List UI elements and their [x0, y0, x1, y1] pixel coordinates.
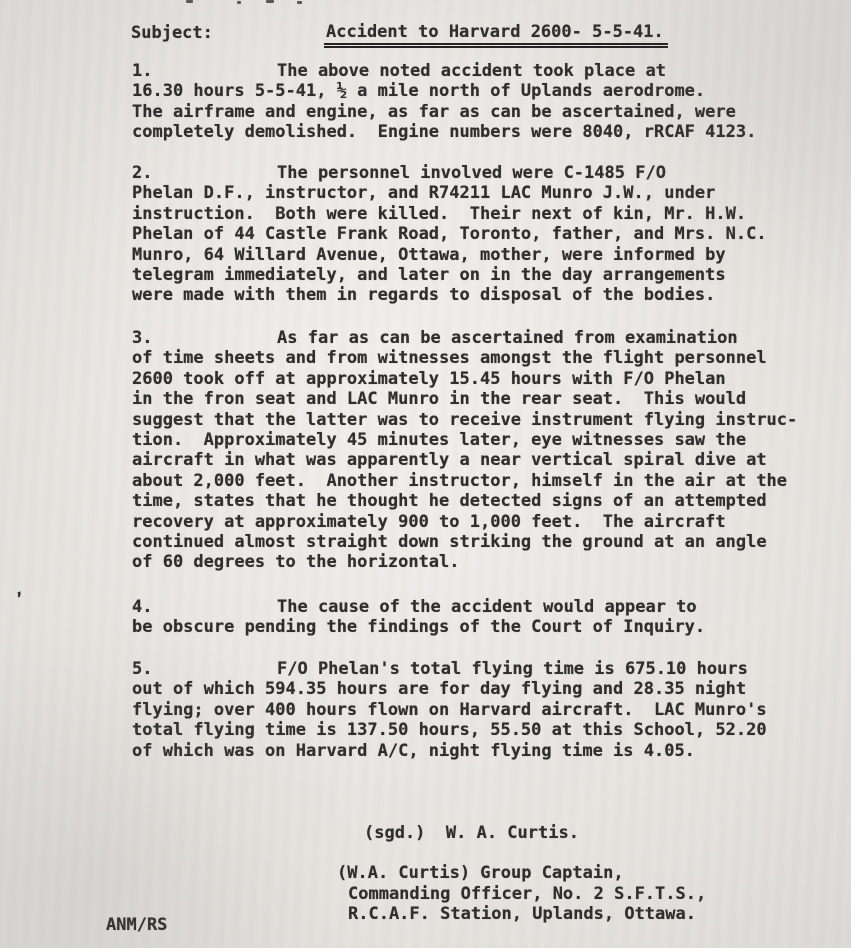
paragraph-1: 1.The above noted accident took place at…: [132, 61, 822, 143]
scan-artifact: [186, 0, 193, 3]
text-line: instruction. Both were killed. Their nex…: [132, 204, 822, 224]
document-page: Subject: Accident to Harvard 2600- 5-5-4…: [0, 0, 851, 948]
text-line: be obscure pending the findings of the C…: [132, 617, 822, 637]
paragraph-number: 2.: [132, 163, 152, 183]
text-line: were made with them in regards to dispos…: [132, 285, 822, 305]
text-line: flying; over 400 hours flown on Harvard …: [132, 700, 822, 720]
subject-label: Subject:: [131, 23, 213, 43]
paragraph-4: 4.The cause of the accident would appear…: [132, 597, 822, 638]
paragraph-5: 5.F/O Phelan's total flying time is 675.…: [132, 659, 822, 761]
text-line: The personnel involved were C-1485 F/O: [132, 163, 822, 183]
text-line: in the fron seat and LAC Munro in the re…: [132, 389, 822, 409]
paragraph-number: 3.: [132, 328, 152, 348]
text-line: continued almost straight down striking …: [132, 532, 822, 552]
signature-block-line: (W.A. Curtis) Group Captain,: [337, 863, 706, 884]
document-title: Accident to Harvard 2600- 5-5-41.: [324, 22, 668, 48]
text-line: F/O Phelan's total flying time is 675.10…: [132, 659, 822, 679]
signature-block-line: R.C.A.F. Station, Uplands, Ottawa.: [337, 904, 706, 925]
scan-artifact: [297, 1, 302, 4]
paragraph-number: 1.: [132, 61, 152, 81]
paragraph-number: 5.: [132, 659, 152, 679]
text-line: of time sheets and from witnesses amongs…: [132, 348, 822, 368]
paragraph-3: 3.As far as can be ascertained from exam…: [132, 328, 822, 573]
text-line: suggest that the latter was to receive i…: [132, 410, 822, 430]
scan-artifact: [266, 0, 274, 3]
signature-block: (W.A. Curtis) Group Captain,Commanding O…: [337, 863, 706, 925]
text-line: tion. Approximately 45 minutes later, ey…: [132, 430, 822, 450]
text-line: of 60 degrees to the horizontal.: [132, 552, 822, 572]
text-line: out of which 594.35 hours are for day fl…: [132, 679, 822, 699]
text-line: The above noted accident took place at: [132, 61, 822, 81]
text-line: As far as can be ascertained from examin…: [132, 328, 822, 348]
text-line: total flying time is 137.50 hours, 55.50…: [132, 720, 822, 740]
signature-sgd-line: (sgd.) W. A. Curtis.: [364, 823, 579, 843]
text-line: of which was on Harvard A/C, night flyin…: [132, 741, 822, 761]
text-line: recovery at approximately 900 to 1,000 f…: [132, 512, 822, 532]
text-line: about 2,000 feet. Another instructor, hi…: [132, 471, 822, 491]
text-line: aircraft in what was apparently a near v…: [132, 450, 822, 470]
text-line: time, states that he thought he detected…: [132, 491, 822, 511]
text-line: Munro, 64 Willard Avenue, Ottawa, mother…: [132, 245, 822, 265]
scan-artifact-margin-mark: ’: [13, 588, 26, 609]
paragraph-2: 2.The personnel involved were C-1485 F/O…: [132, 163, 822, 306]
text-line: The airframe and engine, as far as can b…: [132, 102, 822, 122]
text-line: Phelan D.F., instructor, and R74211 LAC …: [132, 183, 822, 203]
text-line: telegram immediately, and later on in th…: [132, 265, 822, 285]
typist-initials: ANM/RS: [106, 915, 167, 935]
text-line: 16.30 hours 5-5-41, ½ a mile north of Up…: [132, 81, 822, 101]
text-line: Phelan of 44 Castle Frank Road, Toronto,…: [132, 224, 822, 244]
text-line: The cause of the accident would appear t…: [132, 597, 822, 617]
text-line: completely demolished. Engine numbers we…: [132, 122, 822, 142]
signature-block-line: Commanding Officer, No. 2 S.F.T.S.,: [337, 884, 706, 905]
paragraph-number: 4.: [132, 597, 152, 617]
scan-artifact: [237, 1, 241, 4]
text-line: 2600 took off at approximately 15.45 hou…: [132, 369, 822, 389]
